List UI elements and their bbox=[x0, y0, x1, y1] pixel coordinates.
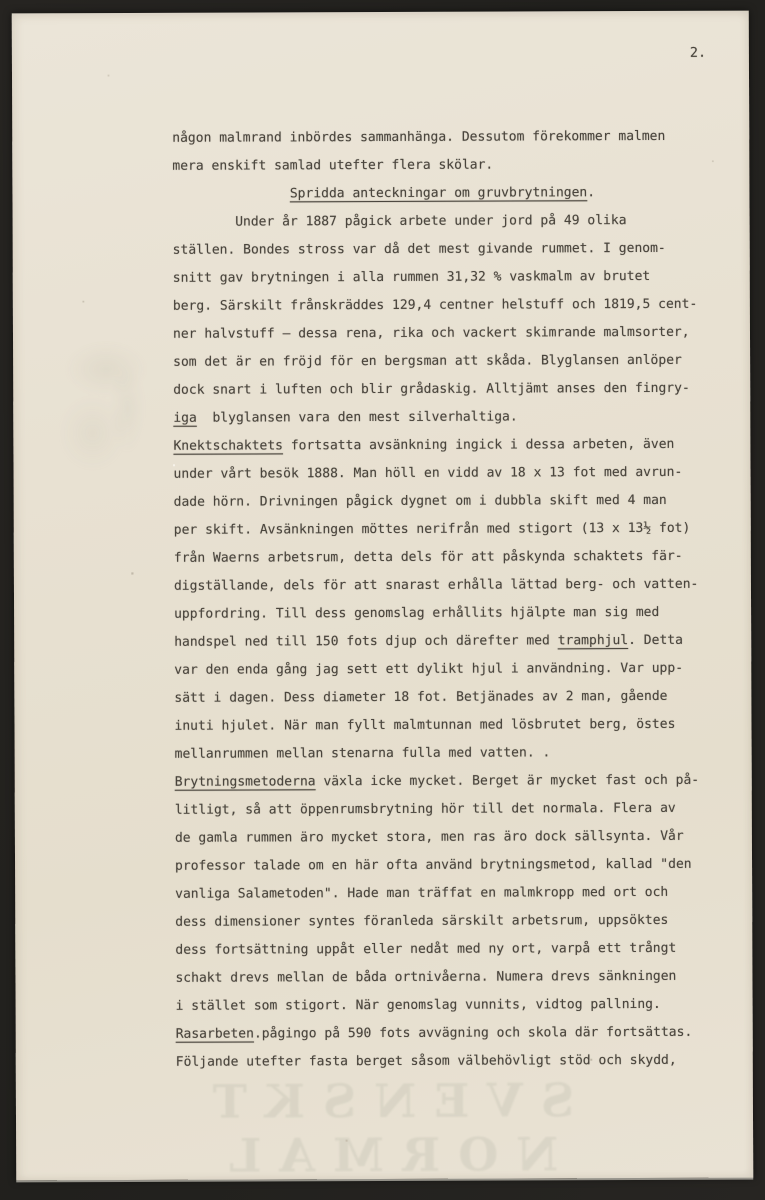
text-segment: blyglansen vara den mest silverhaltiga. bbox=[197, 409, 518, 425]
document-line: dade hörn. Drivningen pågick dygnet om i… bbox=[174, 487, 714, 517]
text-segment: per skift. Avsänkningen möttes nerifrån … bbox=[174, 521, 691, 538]
text-segment: Rasarbeten bbox=[176, 1026, 254, 1041]
text-segment: i stället som stigort. När genomslag vun… bbox=[176, 997, 661, 1014]
text-segment: vanliga Salametoden". Hade man träffat e… bbox=[175, 885, 668, 902]
document-line: Följande utefter fasta berget såsom välb… bbox=[176, 1047, 716, 1077]
document-line: Spridda anteckningar om gruvbrytningen. bbox=[172, 179, 712, 209]
text-segment: inuti hjulet. När man fyllt malmtunnan m… bbox=[174, 717, 675, 734]
document-line: inuti hjulet. När man fyllt malmtunnan m… bbox=[174, 711, 714, 741]
scan-background: { "page": { "number": "2.", "watermark":… bbox=[0, 0, 765, 1200]
text-segment: som det är en fröjd för en bergsman att … bbox=[173, 353, 682, 370]
text-segment: ner halvstuff – dessa rena, rika och vac… bbox=[173, 325, 690, 342]
document-line: uppfordring. Till dess genomslag erhålli… bbox=[174, 599, 714, 629]
document-line: iga blyglansen vara den mest silverhalti… bbox=[173, 403, 713, 433]
text-segment: handspel ned till 150 fots djup och däre… bbox=[174, 633, 558, 649]
text-segment: de gamla rummen äro mycket stora, men ra… bbox=[175, 829, 684, 846]
document-line: dess dimensioner syntes föranleda särski… bbox=[175, 907, 715, 937]
paper-sheet: SVENSKT NORMAL 2. någon malmrand inbörde… bbox=[12, 11, 753, 1181]
text-segment: tramphjul bbox=[558, 633, 629, 648]
text-segment: dess dimensioner syntes föranleda särski… bbox=[175, 913, 668, 930]
text-segment: iga bbox=[173, 411, 197, 426]
text-segment: snitt gav brytningen i alla rummen 31,32… bbox=[173, 269, 650, 286]
text-segment: digställande, dels för att snarast erhål… bbox=[174, 577, 698, 594]
document-line: någon malmrand inbördes sammanhänga. Des… bbox=[172, 123, 712, 153]
document-line: berg. Särskilt frånskräddes 129,4 centne… bbox=[173, 291, 713, 321]
text-segment: dade hörn. Drivningen pågick dygnet om i… bbox=[174, 493, 667, 510]
document-line: handspel ned till 150 fots djup och däre… bbox=[174, 627, 714, 657]
document-line: de gamla rummen äro mycket stora, men ra… bbox=[175, 823, 715, 853]
text-segment: sätt i dagen. Dess diameter 18 fot. Betj… bbox=[174, 689, 667, 706]
document-line: i stället som stigort. När genomslag vun… bbox=[176, 991, 716, 1021]
document-line: som det är en fröjd för en bergsman att … bbox=[173, 347, 713, 377]
page-number: 2. bbox=[690, 45, 706, 61]
document-line: professor talade om en här ofta använd b… bbox=[175, 851, 715, 881]
text-segment: . Detta bbox=[628, 633, 683, 648]
document-line: vanliga Salametoden". Hade man träffat e… bbox=[175, 879, 715, 909]
text-segment: uppfordring. Till dess genomslag erhålli… bbox=[174, 605, 659, 622]
text-segment: fortsatta avsänkning ingick i dessa arbe… bbox=[283, 437, 674, 454]
document-line: digställande, dels för att snarast erhål… bbox=[174, 571, 714, 601]
paper-watermark: SVENSKT NORMAL bbox=[16, 1073, 753, 1184]
document-line: var den enda gång jag sett ett dylikt hj… bbox=[174, 655, 714, 685]
text-segment: Under år 1887 pågick arbete under jord p… bbox=[173, 213, 627, 230]
document-line: under vårt besök 1888. Man höll en vidd … bbox=[173, 459, 713, 489]
text-segment: någon malmrand inbördes sammanhänga. Des… bbox=[172, 129, 665, 146]
document-line: per skift. Avsänkningen möttes nerifrån … bbox=[174, 515, 714, 545]
text-segment: .pågingo på 590 fots avvägning och skola… bbox=[254, 1025, 692, 1042]
text-segment: dess fortsättning uppåt eller nedåt med … bbox=[175, 941, 676, 958]
text-segment: dock snart i luften och blir grådaskig. … bbox=[173, 381, 690, 398]
text-segment: litligt, så att öppenrumsbrytning hör ti… bbox=[175, 801, 676, 818]
document-line: ställen. Bondes stross var då det mest g… bbox=[173, 235, 713, 265]
document-line: dess fortsättning uppåt eller nedåt med … bbox=[175, 935, 715, 965]
text-segment: Följande utefter fasta berget såsom välb… bbox=[176, 1053, 677, 1070]
text-segment: berg. Särskilt frånskräddes 129,4 centne… bbox=[173, 297, 697, 314]
text-segment: mera enskift samlad utefter flera skölar… bbox=[172, 158, 493, 174]
bleedthrough-smudge bbox=[29, 329, 170, 490]
document-line: Knektschaktets fortsatta avsänkning ingi… bbox=[173, 431, 713, 461]
paper-specks bbox=[12, 13, 13, 14]
text-segment: . bbox=[587, 185, 595, 200]
text-segment: Knektschaktets bbox=[173, 438, 283, 453]
text-segment: växla icke mycket. Berget är mycket fast… bbox=[316, 773, 700, 789]
document-line: snitt gav brytningen i alla rummen 31,32… bbox=[173, 263, 713, 293]
document-line: Brytningsmetoderna växla icke mycket. Be… bbox=[175, 767, 715, 797]
text-segment: under vårt besök 1888. Man höll en vidd … bbox=[174, 465, 683, 482]
document-line: från Waerns arbetsrum, detta dels för at… bbox=[174, 543, 714, 573]
text-segment: mellanrummen mellan stenarna fulla med v… bbox=[175, 745, 551, 761]
document-lines: någon malmrand inbördes sammanhänga. Des… bbox=[172, 123, 716, 1077]
text-segment: var den enda gång jag sett ett dylikt hj… bbox=[174, 661, 683, 678]
text-segment: från Waerns arbetsrum, detta dels för at… bbox=[174, 549, 683, 566]
text-segment: schakt drevs mellan de båda ortnivåerna.… bbox=[175, 969, 676, 986]
document-line: dock snart i luften och blir grådaskig. … bbox=[173, 375, 713, 405]
document-line: sätt i dagen. Dess diameter 18 fot. Betj… bbox=[174, 683, 714, 713]
document-line: ner halvstuff – dessa rena, rika och vac… bbox=[173, 319, 713, 349]
document-line: Rasarbeten.pågingo på 590 fots avvägning… bbox=[176, 1019, 716, 1049]
document-line: mellanrummen mellan stenarna fulla med v… bbox=[175, 739, 715, 769]
document-line: litligt, så att öppenrumsbrytning hör ti… bbox=[175, 795, 715, 825]
text-segment: Spridda anteckningar om gruvbrytningen bbox=[290, 185, 587, 201]
text-segment: Brytningsmetoderna bbox=[175, 774, 316, 790]
text-segment: ställen. Bondes stross var då det mest g… bbox=[173, 241, 666, 258]
document-line: schakt drevs mellan de båda ortnivåerna.… bbox=[175, 963, 715, 993]
document-line: Under år 1887 pågick arbete under jord p… bbox=[173, 207, 713, 237]
text-segment: professor talade om en här ofta använd b… bbox=[175, 857, 692, 874]
document-line: mera enskift samlad utefter flera skölar… bbox=[172, 151, 712, 181]
